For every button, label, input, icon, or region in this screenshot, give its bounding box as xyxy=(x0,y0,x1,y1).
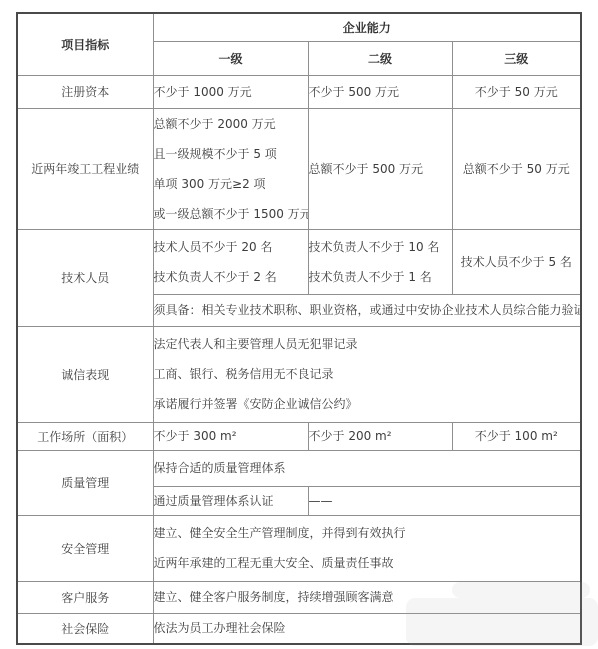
header-enterprise-capability: 企业能力 xyxy=(153,13,581,41)
cell-text-line: 技术负责人不少于 10 名 xyxy=(309,232,452,262)
cell-text: 不少于 100 m² xyxy=(475,429,558,443)
cell-text: 不少于 1000 万元 xyxy=(154,85,252,99)
header-level-2: 二级 xyxy=(308,41,452,75)
row-quality-management: 质量管理 保持合适的质量管理体系 xyxy=(17,450,581,486)
row-customer-service: 客户服务 建立、健全客户服务制度，持续增强顾客满意 xyxy=(17,581,581,613)
row-integrity: 诚信表现 法定代表人和主要管理人员无犯罪记录 工商、银行、税务信用无不良记录 承… xyxy=(17,326,581,422)
cell-quality-certification: 通过质量管理体系认证 xyxy=(153,486,308,515)
cell-text: 保持合适的质量管理体系 xyxy=(154,461,286,475)
row-workplace: 工作场所（面积） 不少于 300 m² 不少于 200 m² 不少于 100 m… xyxy=(17,422,581,450)
row-registered-capital: 注册资本 不少于 1000 万元 不少于 500 万元 不少于 50 万元 xyxy=(17,75,581,108)
cell-text: 总额不少于 500 万元 xyxy=(309,162,424,176)
row-label-completed-projects: 近两年竣工工程业绩 xyxy=(17,108,153,229)
cell-registered-capital-level3: 不少于 50 万元 xyxy=(452,75,581,108)
cell-text-line: 技术人员不少于 20 名 xyxy=(154,232,308,262)
cell-text: 不少于 500 万元 xyxy=(309,85,400,99)
cell-social-insurance-content: 依法为员工办理社会保险 xyxy=(153,613,581,644)
header-level-1: 一级 xyxy=(153,41,308,75)
row-label-registered-capital: 注册资本 xyxy=(17,75,153,108)
cell-quality-certification-dash: —— xyxy=(308,486,581,515)
cell-text: 建立、健全客户服务制度，持续增强顾客满意 xyxy=(154,590,394,604)
cell-integrity-content: 法定代表人和主要管理人员无犯罪记录 工商、银行、税务信用无不良记录 承诺履行并签… xyxy=(153,326,581,422)
cell-text-line: 且一级规模不少于 5 项 xyxy=(154,139,308,169)
row-label-integrity: 诚信表现 xyxy=(17,326,153,422)
cell-workplace-level2: 不少于 200 m² xyxy=(308,422,452,450)
cell-workplace-level3: 不少于 100 m² xyxy=(452,422,581,450)
enterprise-capability-table: 项目指标 企业能力 一级 二级 三级 注册资本 不少于 1000 万元 不少于 … xyxy=(16,12,582,645)
header-project-indicator: 项目指标 xyxy=(17,13,153,75)
cell-completed-projects-level3: 总额不少于 50 万元 xyxy=(452,108,581,229)
cell-text-line: 技术负责人不少于 2 名 xyxy=(154,262,308,292)
row-completed-projects: 近两年竣工工程业绩 总额不少于 2000 万元 且一级规模不少于 5 项 单项 … xyxy=(17,108,581,229)
cell-quality-management-row1: 保持合适的质量管理体系 xyxy=(153,450,581,486)
cell-text: 技术人员不少于 5 名 xyxy=(461,255,572,269)
cell-text: 通过质量管理体系认证 xyxy=(154,494,274,508)
cell-workplace-level1: 不少于 300 m² xyxy=(153,422,308,450)
cell-completed-projects-level1: 总额不少于 2000 万元 且一级规模不少于 5 项 单项 300 万元≥2 项… xyxy=(153,108,308,229)
cell-safety-management-content: 建立、健全安全生产管理制度，并得到有效执行 近两年承建的工程无重大安全、质量责任… xyxy=(153,515,581,581)
table-header-row-1: 项目指标 企业能力 xyxy=(17,13,581,41)
cell-text-line: 承诺履行并签署《安防企业诚信公约》 xyxy=(154,389,581,419)
cell-text-line: 工商、银行、税务信用无不良记录 xyxy=(154,359,581,389)
cell-text: 不少于 50 万元 xyxy=(475,85,558,99)
row-label-social-insurance: 社会保险 xyxy=(17,613,153,644)
cell-text: 依法为员工办理社会保险 xyxy=(154,621,286,635)
row-label-technical-personnel: 技术人员 xyxy=(17,229,153,326)
page: 项目指标 企业能力 一级 二级 三级 注册资本 不少于 1000 万元 不少于 … xyxy=(0,0,598,649)
cell-technical-personnel-level1: 技术人员不少于 20 名 技术负责人不少于 2 名 xyxy=(153,229,308,294)
cell-registered-capital-level1: 不少于 1000 万元 xyxy=(153,75,308,108)
cell-customer-service-content: 建立、健全客户服务制度，持续增强顾客满意 xyxy=(153,581,581,613)
cell-technical-personnel-level3: 技术人员不少于 5 名 xyxy=(452,229,581,294)
cell-text-line: 总额不少于 2000 万元 xyxy=(154,109,308,139)
cell-text: 不少于 300 m² xyxy=(154,429,237,443)
row-label-workplace: 工作场所（面积） xyxy=(17,422,153,450)
row-label-customer-service: 客户服务 xyxy=(17,581,153,613)
cell-technical-personnel-requirement: 须具备：相关专业技术职称、职业资格，或通过中安协企业技术人员综合能力验证 xyxy=(153,294,581,326)
header-level-3: 三级 xyxy=(452,41,581,75)
cell-text-line: 法定代表人和主要管理人员无犯罪记录 xyxy=(154,329,581,359)
cell-text: 须具备：相关专业技术职称、职业资格，或通过中安协企业技术人员综合能力验证 xyxy=(154,303,582,317)
cell-text: —— xyxy=(309,494,333,508)
cell-text-line: 建立、健全安全生产管理制度，并得到有效执行 xyxy=(154,518,581,548)
row-safety-management: 安全管理 建立、健全安全生产管理制度，并得到有效执行 近两年承建的工程无重大安全… xyxy=(17,515,581,581)
cell-text-line: 单项 300 万元≥2 项 xyxy=(154,169,308,199)
row-social-insurance: 社会保险 依法为员工办理社会保险 xyxy=(17,613,581,644)
cell-text: 总额不少于 50 万元 xyxy=(463,162,570,176)
row-label-safety-management: 安全管理 xyxy=(17,515,153,581)
cell-text: 不少于 200 m² xyxy=(309,429,392,443)
cell-technical-personnel-level2: 技术负责人不少于 10 名 技术负责人不少于 1 名 xyxy=(308,229,452,294)
cell-text-line: 技术负责人不少于 1 名 xyxy=(309,262,452,292)
cell-completed-projects-level2: 总额不少于 500 万元 xyxy=(308,108,452,229)
cell-registered-capital-level2: 不少于 500 万元 xyxy=(308,75,452,108)
cell-text-line: 或一级总额不少于 1500 万元 xyxy=(154,199,308,229)
cell-text-line: 近两年承建的工程无重大安全、质量责任事故 xyxy=(154,548,581,578)
row-label-quality-management: 质量管理 xyxy=(17,450,153,515)
row-technical-personnel: 技术人员 技术人员不少于 20 名 技术负责人不少于 2 名 技术负责人不少于 … xyxy=(17,229,581,294)
